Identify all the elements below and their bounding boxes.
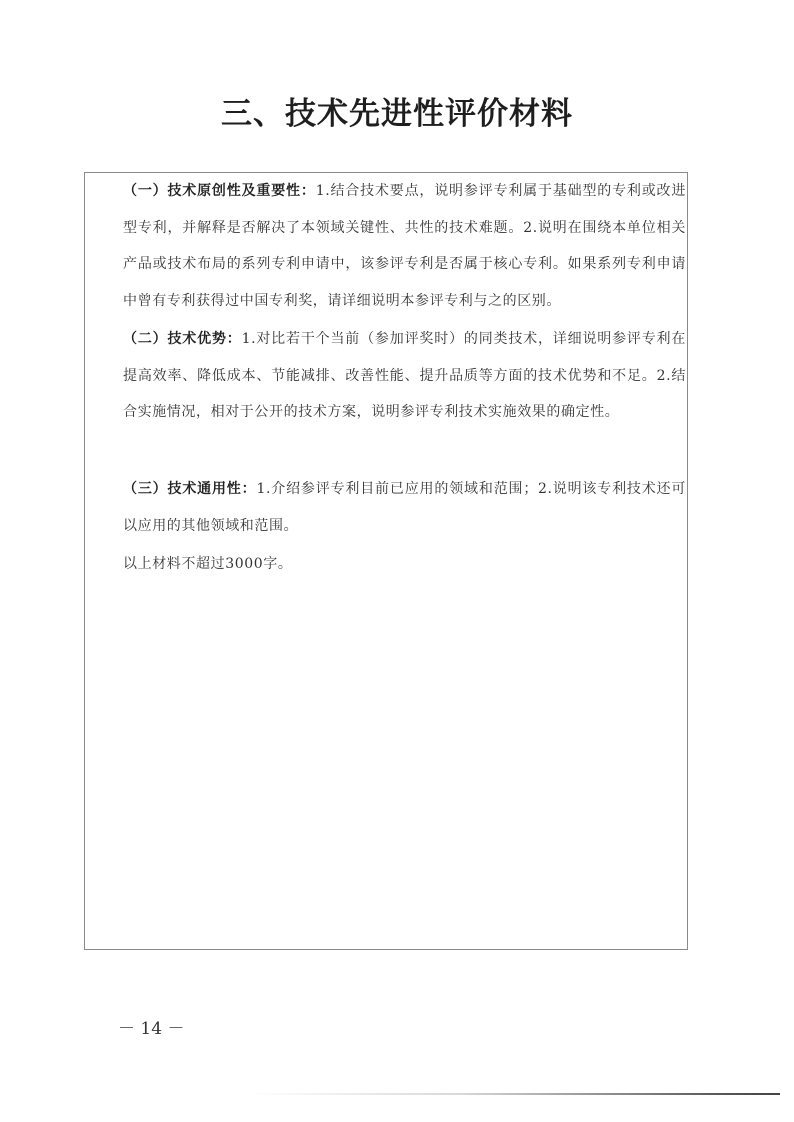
content-box: （一）技术原创性及重要性：1.结合技术要点，说明参评专利属于基础型的专利或改进型… [84, 172, 688, 950]
section-originality: （一）技术原创性及重要性：1.结合技术要点，说明参评专利属于基础型的专利或改进型… [85, 173, 689, 319]
section-heading: （三）技术通用性： [123, 481, 256, 497]
section-applicability: （三）技术通用性：1.介绍参评专利目前已应用的领域和范围；2.说明该专利技术还可… [85, 471, 689, 544]
section-body: 1.结合技术要点，说明参评专利属于基础型的专利或改进型专利，并解释是否解决了本领… [123, 183, 686, 309]
section-heading: （二）技术优势： [123, 331, 242, 347]
footer-rule [250, 1093, 780, 1095]
section-heading: （一）技术原创性及重要性： [123, 183, 316, 199]
note-text: 以上材料不超过3000字。 [123, 556, 292, 572]
page-title: 三、技术先进性评价材料 [0, 88, 794, 133]
section-advantages: （二）技术优势：1.对比若干个当前（参加评奖时）的同类技术，详细说明参评专利在提… [85, 321, 689, 431]
word-limit-note: 以上材料不超过3000字。 [85, 546, 689, 583]
page-number: － 14 － [118, 1014, 184, 1039]
